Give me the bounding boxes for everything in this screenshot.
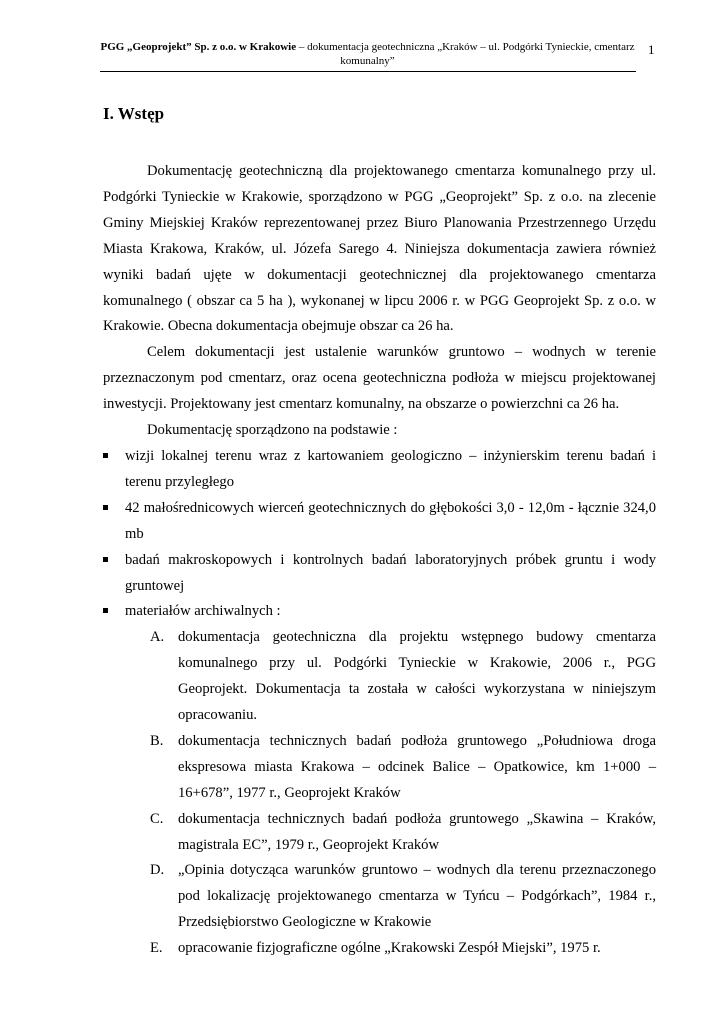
list-item: 42 małośrednicowych wierceń geotechniczn… bbox=[103, 496, 656, 548]
list-item: materiałów archiwalnych : A.dokumentacja… bbox=[103, 599, 656, 962]
square-bullet-icon bbox=[103, 557, 108, 562]
running-header: PGG „Geoprojekt” Sp. z o.o. w Krakowie –… bbox=[100, 40, 635, 68]
paragraph-basis: Dokumentację sporządzono na podstawie : bbox=[103, 418, 656, 444]
archival-item: D.„Opinia dotycząca warunków gruntowo – … bbox=[150, 858, 656, 936]
archival-item: B.dokumentacja technicznych badań podłoż… bbox=[150, 729, 656, 807]
square-bullet-icon bbox=[103, 453, 108, 458]
page-number: 1 bbox=[648, 42, 655, 58]
archival-list: A.dokumentacja geotechniczna dla projekt… bbox=[125, 625, 656, 962]
square-bullet-icon bbox=[103, 505, 108, 510]
list-item: wizji lokalnej terenu wraz z kartowaniem… bbox=[103, 444, 656, 496]
archival-item: E.opracowanie fizjograficzne ogólne „Kra… bbox=[150, 936, 656, 962]
paragraph-intro: Dokumentację geotechniczną dla projektow… bbox=[103, 159, 656, 340]
document-body: Dokumentację geotechniczną dla projektow… bbox=[103, 159, 656, 962]
list-item: badań makroskopowych i kontrolnych badań… bbox=[103, 548, 656, 600]
archival-item: A.dokumentacja geotechniczna dla projekt… bbox=[150, 625, 656, 729]
basis-list: wizji lokalnej terenu wraz z kartowaniem… bbox=[103, 444, 656, 962]
header-divider bbox=[100, 71, 636, 72]
header-company: PGG „Geoprojekt” Sp. z o.o. w Krakowie bbox=[100, 41, 296, 53]
archival-item: C.dokumentacja technicznych badań podłoż… bbox=[150, 807, 656, 859]
paragraph-purpose: Celem dokumentacji jest ustalenie warunk… bbox=[103, 340, 656, 418]
section-title: I. Wstęp bbox=[103, 104, 164, 124]
header-title: – dokumentacja geotechniczna „Kraków – u… bbox=[296, 41, 634, 67]
square-bullet-icon bbox=[103, 608, 108, 613]
